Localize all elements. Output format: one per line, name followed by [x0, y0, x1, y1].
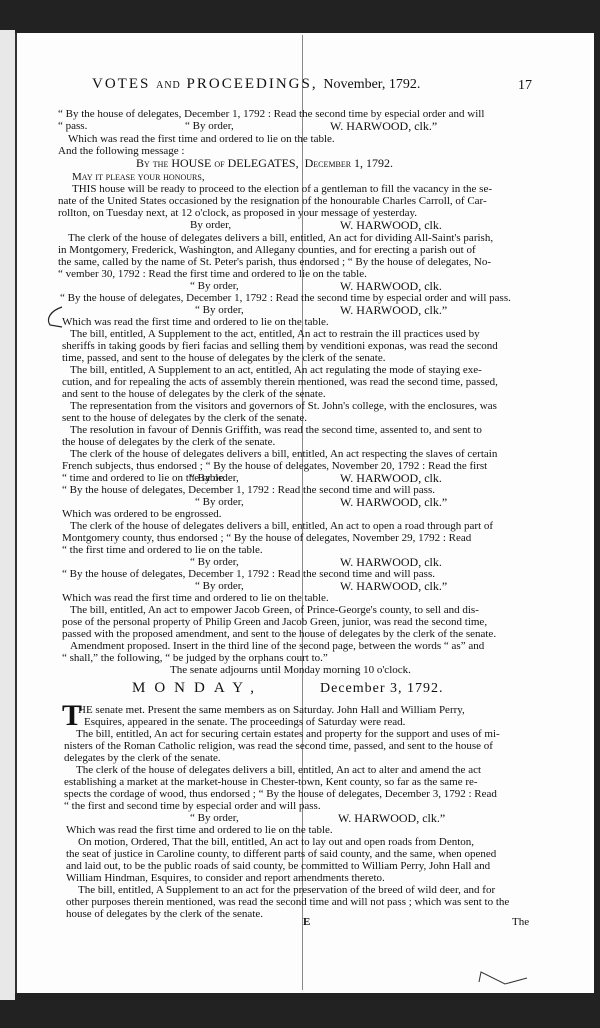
text-line: establishing a market at the market-hous… — [64, 776, 478, 788]
adjacent-page-edge — [0, 30, 15, 1000]
by-order-label: By order, — [190, 219, 231, 231]
text-line: the house of delegates by the clerk of t… — [62, 436, 275, 448]
by-order-label: “ By order, — [195, 580, 244, 592]
header-title-proceedings: PROCEEDINGS, — [187, 76, 318, 92]
section-date: December 3, 1792. — [320, 683, 444, 695]
text-line: The clerk of the house of delegates deli… — [76, 764, 481, 776]
text-line: The representation from the visitors and… — [70, 400, 497, 412]
text-line: Which was read the first time and ordere… — [68, 133, 335, 145]
text-line: The clerk of the house of delegates deli… — [70, 520, 493, 532]
heading-by-the: By the — [136, 156, 168, 170]
text-line: delegates by the clerk of the senate. — [64, 752, 221, 764]
by-order-label: “ By order, — [190, 472, 239, 484]
heading-date: December 1, 1792. — [305, 156, 393, 170]
text-line: Which was read the first time and ordere… — [62, 592, 329, 604]
text-line: “ the first time and ordered to lie on t… — [62, 544, 263, 556]
clerk-signature: W. HARWOOD, clk.” — [340, 580, 447, 592]
text-line: The bill, entitled, An act for securing … — [76, 728, 500, 740]
text-line: nisters of the Roman Catholic religion, … — [64, 740, 493, 752]
text-line: the seat of justice in Caroline county, … — [66, 848, 496, 860]
text-line: The clerk of the house of delegates deli… — [70, 448, 497, 460]
text-line: Montgomery county, thus endorsed ; “ By … — [62, 532, 471, 544]
clerk-signature: W. HARWOOD, clk. — [340, 472, 442, 484]
clerk-signature: W. HARWOOD, clk. — [340, 280, 442, 292]
signature-mark: E — [303, 916, 310, 928]
text-line: “ vember 30, 1792 : Read the first time … — [58, 268, 367, 280]
header-title-votes: VOTES — [92, 76, 150, 92]
text-line: THIS house will be ready to proceed to t… — [72, 183, 492, 195]
clerk-signature: W. HARWOOD, clk.” — [340, 304, 447, 316]
catchword: The — [512, 916, 529, 928]
text-line: sheriffs in taking goods by fieri facias… — [62, 340, 498, 352]
text-line: The bill, entitled, An act to empower Ja… — [70, 604, 479, 616]
text-line: sent to the house of delegates by the cl… — [62, 412, 307, 424]
text-line: cution, and for repealing the acts of as… — [62, 376, 498, 388]
text-line: “ the first and second time by especial … — [64, 800, 321, 812]
text-line: pose of the personal property of Philip … — [62, 616, 487, 628]
text-line: Which was ordered to be engrossed. — [62, 508, 221, 520]
clerk-signature: W. HARWOOD, clk.” — [338, 812, 445, 824]
text-line: The resolution in favour of Dennis Griff… — [70, 424, 482, 436]
text-line: nate of the United States occasioned by … — [58, 195, 487, 207]
handwritten-squiggle-mark — [475, 968, 535, 992]
running-header: VOTES AND PROCEEDINGS, November, 1792. — [92, 78, 420, 92]
text-line: The senate adjourns until Monday morning… — [170, 664, 411, 676]
section-day: MONDAY, — [132, 682, 263, 694]
text-line: The bill, entitled, A Supplement to an a… — [78, 884, 495, 896]
header-title-and: AND — [156, 80, 181, 91]
text-line: “ shall,” the following, “ be judged by … — [62, 652, 328, 664]
text-line: house of delegates by the clerk of the s… — [66, 908, 263, 920]
text-line: spects the cordage of wood, thus endorse… — [64, 788, 497, 800]
clerk-signature: W. HARWOOD, clk.” — [330, 120, 437, 132]
text-line: other purposes therein mentioned, was re… — [66, 896, 509, 908]
text-line: Amendment proposed. Insert in the third … — [70, 640, 484, 652]
header-date: November, 1792. — [323, 77, 420, 92]
heading-delegates: DELEGATES, — [228, 156, 299, 170]
text-line: The bill, entitled, A Supplement to an a… — [70, 364, 482, 376]
heading-of: of — [214, 156, 224, 170]
text-line: and laid out, to be the public roads of … — [66, 860, 490, 872]
text-line: passed with the proposed amendment, and … — [62, 628, 496, 640]
text-line: May it please your honours, — [72, 171, 205, 183]
text-line: William Hindman, Esquires, to consider a… — [66, 872, 385, 884]
by-order-label: “ By order, — [190, 556, 239, 568]
text-line: On motion, Ordered, That the bill, entit… — [78, 836, 474, 848]
text-line: Esquires, appeared in the senate. The pr… — [84, 716, 405, 728]
message-heading: By the HOUSE of DELEGATES, December 1, 1… — [136, 157, 393, 169]
text-line: the same, called by the name of St. Pete… — [58, 256, 491, 268]
text-line: in Montgomery, Frederick, Washington, an… — [58, 244, 476, 256]
text-line: The bill, entitled, A Supplement to the … — [70, 328, 480, 340]
by-order-label: “ By order, — [185, 120, 234, 132]
by-order-label: “ By order, — [190, 812, 239, 824]
handwritten-bracket-mark — [44, 305, 66, 329]
text-line: And the following message : — [58, 145, 184, 157]
text-line: time, passed, and sent to the house of d… — [62, 352, 385, 364]
text-line: “ pass. — [58, 120, 87, 132]
text-line: HE senate met. Present the same members … — [78, 704, 465, 716]
text-line: The clerk of the house of delegates deli… — [68, 232, 493, 244]
clerk-signature: W. HARWOOD, clk.” — [340, 496, 447, 508]
clerk-signature: W. HARWOOD, clk. — [340, 556, 442, 568]
text-line: Which was read the first time and ordere… — [66, 824, 333, 836]
text-line: and sent to the house of delegates by th… — [62, 388, 326, 400]
page-number: 17 — [518, 78, 532, 94]
text-line: Which was read the first time and ordere… — [62, 316, 329, 328]
by-order-label: “ By order, — [195, 304, 244, 316]
by-order-label: “ By order, — [190, 280, 239, 292]
heading-house: HOUSE — [171, 156, 211, 170]
by-order-label: “ By order, — [195, 496, 244, 508]
clerk-signature: W. HARWOOD, clk. — [340, 219, 442, 231]
